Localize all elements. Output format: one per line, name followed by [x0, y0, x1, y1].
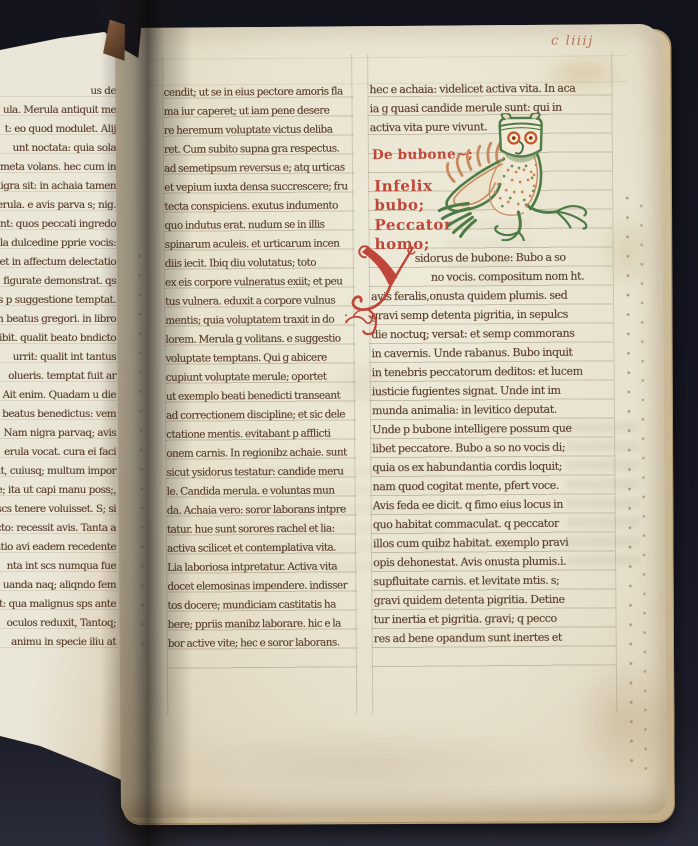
text-line: tecta conspiciens. exutus indumento: [164, 196, 360, 217]
right-text-column: hec e achaia: videlicet activa vita. In …: [369, 78, 619, 80]
text-line: onem carnis. In regionibz achaie. sunt: [166, 443, 362, 464]
text-line: t: qua malignus sps ante: [0, 595, 118, 614]
text-line: in cavernis. Unde rabanus. Bubo inquit: [371, 342, 621, 363]
text-line: bor active vite; hec e soror laborans.: [168, 633, 364, 654]
text-line: ut exemplo beati benedicti transeant: [166, 386, 362, 407]
text-line: cto: recessit avis. Tanta a: [0, 519, 118, 538]
text-line: erula vocat. cura ei faci: [0, 443, 118, 462]
text-line: le. Candida merula. e voluntas mun: [166, 481, 362, 502]
text-line: da. Achaia vero: soror laborans intpre: [167, 500, 363, 521]
text-line: nis p suggestione temptat.: [0, 291, 118, 310]
text-line: et vepium iuxta densa succrescere; fru: [164, 177, 360, 198]
text-line: docet elemosinas impendere. indisser: [167, 576, 363, 597]
text-line: urrit: qualit int tantus: [0, 348, 118, 367]
text-line: quo indutus erat. nudum se in illis: [164, 215, 360, 236]
text-line: uanda naq; aliqndo fem: [0, 576, 118, 595]
text-line: activa scilicet et contemplativa vita.: [167, 538, 363, 559]
text-line: ibit. qualit beato bndicto: [0, 329, 118, 348]
text-line: em beatus gregori. in libro: [0, 310, 118, 329]
parchment-stain: [572, 659, 678, 785]
text-line: in tenebris peccatorum deditos: et lucem: [372, 361, 622, 382]
text-line: oculos reduxit, Tantoq;: [0, 614, 118, 633]
text-line: e; ita ut capi manu poss;,: [0, 481, 118, 500]
text-line: cendit; ut se in eius pectore amoris fla: [163, 82, 359, 103]
text-line: figurate demonstrat. qs: [0, 272, 118, 291]
text-line: tos docere; mundiciam castitatis ha: [167, 595, 363, 616]
text-line: ret. Cum subito supna gra respectus.: [164, 139, 360, 160]
text-line: ctatione mentis. evitabant p afflicti: [166, 424, 362, 445]
text-line: tus vulnera. eduxit a corpore vulnus: [165, 291, 361, 312]
pricking-dots-right-inner: [638, 202, 649, 776]
text-line: ad correctionem discipline; et sic dele: [166, 405, 362, 426]
owl-miniature: Bubo (owl) pen drawing: [434, 112, 597, 241]
text-line: la dulcedine pprie vocis:: [0, 234, 118, 253]
text-line: us de: [0, 82, 118, 101]
text-line: ad semetipsum reversus e; atq urticas: [164, 158, 360, 179]
text-line: spinarum aculeis. et urticarum incen: [165, 234, 361, 255]
text-line: hec e achaia: videlicet activa vita. In …: [369, 78, 619, 99]
text-line: tatur. hue sunt sorores rachel et lia:: [167, 519, 363, 540]
text-line: diis iecit. Ibiq diu volutatus; toto: [165, 253, 361, 274]
text-line: unt: quos peccati ingredo: [0, 215, 118, 234]
text-line: s. Ait enim. Quadam u die: [0, 386, 118, 405]
text-line: sicut ysidorus testatur: candide meru: [166, 462, 362, 483]
text-line: voluptate temptans. Qui g abicere: [165, 348, 361, 369]
text-line: s meta volans. hec cum in: [0, 158, 118, 177]
text-line: bere; ppriis manibz laborare. hic e la: [168, 614, 364, 635]
text-line: Avis feda ee dicit. q fimo eius locus in: [373, 494, 623, 515]
right-column-paragraph-2: Unde p bubone intelligere possum quelibe…: [372, 418, 624, 648]
text-line: Lia laboriosa intpretatur. Activa vita: [167, 557, 363, 578]
facing-page-text-column: us deula. Merula antiquit met: eo quod m…: [0, 82, 118, 652]
pricking-dots-left: [137, 252, 146, 662]
text-line: gravi quidem detenta pigritia. Detine: [373, 589, 623, 610]
text-line: res ad bene opandum sunt inertes et: [374, 627, 624, 648]
parchment-stain: [160, 725, 561, 808]
text-line: nam quod cogitat mente, pfert voce.: [372, 475, 622, 496]
text-line: Unde p bubone intelligere possum que: [372, 418, 622, 439]
text-line: unt noctata: quia sola: [0, 139, 118, 158]
text-line: libet peccatore. Bubo a so no vocis di;: [372, 437, 622, 458]
text-line: ma iur caperet; ut iam pene desere: [163, 101, 359, 122]
text-line: munda animalia: in levitico deputat.: [372, 399, 622, 420]
text-line: epit, cuiusq; multum impor: [0, 462, 118, 481]
text-line: iusticie fugientes signat. Unde int im: [372, 380, 622, 401]
text-line: tur inertia et pigritia. gravi; q pecco: [373, 608, 623, 629]
text-line: animu in specie iliu at: [0, 633, 118, 652]
text-line: Nam nigra parvaq; avis: [0, 424, 118, 443]
text-line: tatio avi eadem recedente: [0, 538, 118, 557]
text-line: mentis; quia voluptatem traxit in do: [165, 310, 361, 331]
text-line: re heremum voluptate victus deliba: [164, 120, 360, 141]
left-text-column: cendit; ut se in eius pectore amoris fla…: [163, 82, 363, 654]
folio-number: c liiij: [551, 33, 651, 55]
text-line: nigra sit: in achaia tamen: [0, 177, 118, 196]
text-line: scs tenere voluisset. S; si: [0, 500, 118, 519]
text-line: quia os ex habundantia cordis loquit;: [372, 456, 622, 477]
text-line: opis dehonestat. Avis onusta plumis.i.: [373, 551, 623, 572]
text-line: t beatus benedictus: vem: [0, 405, 118, 424]
photo-backdrop: { "page": { "folio_number": "c liiij" },…: [0, 0, 698, 846]
text-line: erula. e avis parva s; nig.: [0, 196, 118, 215]
text-line: supfluitate carnis. et levitate mtis. s;: [373, 570, 623, 591]
pricking-dots-right-outer: [624, 194, 635, 776]
text-line: ula. Merula antiquit me: [0, 101, 118, 120]
text-line: vet in affectum delectatio: [0, 253, 118, 272]
ruling-line-top: [149, 55, 627, 60]
text-line: illos cum quibz habitat. exemplo pravi: [373, 532, 623, 553]
text-line: olueris. temptat fuit ar: [0, 367, 118, 386]
text-line: nta int scs numqua fue: [0, 557, 118, 576]
text-line: t: eo quod modulet. Alij: [0, 120, 118, 139]
text-line: ex eis corpore vulneratus exiit; et peu: [165, 272, 361, 293]
text-line: cupiunt voluptate merule; oportet: [166, 367, 362, 388]
recto-page: c liiij cendit; ut se in eius pectore am…: [115, 24, 667, 818]
text-line: lorem. Merula g volitans. e suggestio: [165, 329, 361, 350]
decorated-initial-y: [345, 244, 420, 337]
text-line: quo habitat commaculat. q peccator: [373, 513, 623, 534]
